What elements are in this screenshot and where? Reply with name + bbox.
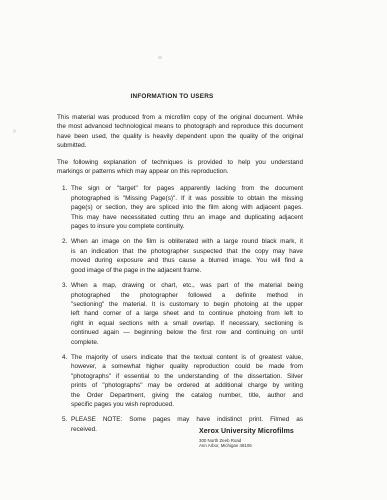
intro-paragraphs: This material was produced from a microf… (57, 113, 303, 176)
page-title: INFORMATION TO USERS (49, 93, 295, 100)
text-line: page(s) or section, they are spliced int… (71, 203, 303, 212)
page-content: INFORMATION TO USERS This material was p… (57, 0, 303, 434)
list-item: 2.When an image on the film is obliterat… (62, 237, 303, 275)
text-line: moved during exposure and thus cause a b… (71, 256, 303, 265)
text-line: When a map, drawing or chart, etc., was … (71, 281, 303, 290)
list-item: 3.When a map, drawing or chart, etc., wa… (62, 281, 303, 347)
text-line: photographed is "Missing Page(s)". If it… (71, 194, 303, 203)
text-line: This may have necessitated cutting thru … (71, 213, 303, 222)
list-item-number: 4. (62, 353, 71, 409)
text-line: "photographs" if essential to the unders… (71, 372, 303, 381)
text-line: is an indication that the photographer s… (71, 247, 303, 256)
text-line: the most advanced technological means to… (57, 122, 303, 131)
text-line: markings or patterns which may appear on… (57, 167, 303, 176)
text-line: This material was produced from a microf… (57, 113, 303, 122)
text-line: photographed the photographer followed a… (71, 291, 303, 300)
text-line: continued again — beginning below the fi… (71, 328, 303, 337)
text-line: right in equal sections with a small ove… (71, 319, 303, 328)
text-line: PLEASE NOTE: Some pages may have indisti… (71, 415, 303, 424)
list-item: 4.The majority of users indicate that th… (62, 353, 303, 409)
text-line: left hand corner of a large sheet and to… (71, 309, 303, 318)
text-line: good image of the page in the adjacent f… (71, 266, 303, 275)
scan-speck (13, 129, 16, 133)
text-line: The following explanation of techniques … (57, 158, 303, 167)
text-line: the Order Department, giving the catalog… (71, 391, 303, 400)
numbered-list: 1.The sign or "target" for pages apparen… (57, 184, 303, 434)
text-line: "sectioning" the material. It is customa… (71, 300, 303, 309)
text-line: complete. (71, 338, 303, 347)
text-line: The sign or "target" for pages apparentl… (71, 184, 303, 193)
list-item-text: When a map, drawing or chart, etc., was … (71, 281, 303, 347)
list-item-number: 3. (62, 281, 71, 347)
list-item-number: 5. (62, 415, 71, 434)
list-item-text: The majority of users indicate that the … (71, 353, 303, 409)
list-item-text: When an image on the film is obliterated… (71, 237, 303, 275)
paragraph: This material was produced from a microf… (57, 113, 303, 151)
text-line: When an image on the film is obliterated… (71, 237, 303, 246)
text-line: specific pages you wish reproduced. (71, 400, 303, 409)
text-line: prints of "photographs" may be ordered a… (71, 381, 303, 390)
list-item: 1.The sign or "target" for pages apparen… (62, 184, 303, 231)
list-item-number: 1. (62, 184, 71, 231)
text-line: have been used, the quality is heavily d… (57, 132, 303, 141)
paragraph: The following explanation of techniques … (57, 158, 303, 177)
text-line: however, a somewhat higher quality repro… (71, 362, 303, 371)
text-line: The majority of users indicate that the … (71, 353, 303, 362)
publisher-name: Xerox University Microfilms (199, 428, 294, 435)
text-line: submitted. (57, 141, 303, 150)
document-page: INFORMATION TO USERS This material was p… (0, 0, 387, 500)
list-item-text: The sign or "target" for pages apparentl… (71, 184, 303, 231)
publisher-block: Xerox University Microfilms 300 North Ze… (199, 428, 294, 449)
publisher-address-line2: Ann Arbor, Michigan 48106 (199, 443, 294, 449)
list-item-number: 2. (62, 237, 71, 275)
text-line: pages to insure you complete continuity. (71, 222, 303, 231)
